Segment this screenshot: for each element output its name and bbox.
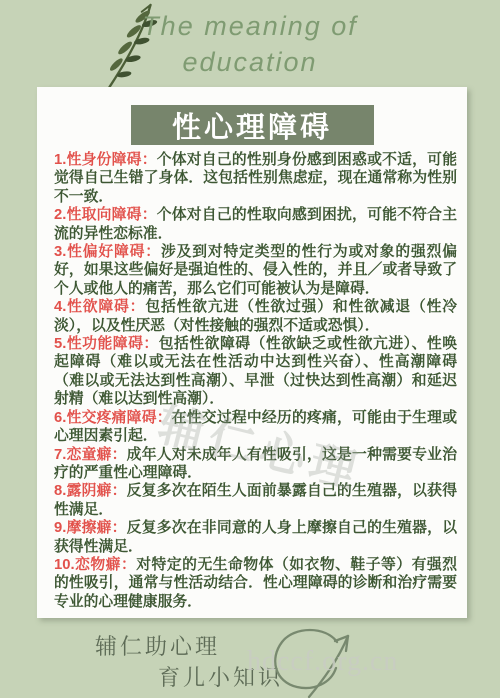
disorder-label: 9.摩擦癖：: [54, 520, 127, 536]
disorder-item: 7.恋童癖：成年人对未成年人有性吸引，这是一种需要专业治疗的严重性心理障碍．: [54, 446, 457, 483]
page-title-line2: education: [0, 44, 500, 80]
disorder-label: 10.恋物癖：: [54, 557, 136, 573]
disorder-list: 1.性身份障碍：个体对自己的性别身份感到困惑或不适，可能觉得自己生错了身体．这包…: [37, 151, 467, 611]
disorder-item: 5.性功能障碍：包括性欲障碍（性欲缺乏或性欲亢进）、性唤起障碍（难以或无法在性活…: [54, 335, 457, 409]
disorder-label: 5.性功能障碍：: [54, 336, 159, 352]
footer-brand-text: 辅仁助心理: [95, 630, 220, 661]
disorder-label: 3.性偏好障碍：: [54, 244, 161, 260]
site-watermark: hdccf.org.cn: [247, 646, 398, 678]
disorder-label: 1.性身份障碍：: [54, 152, 157, 168]
page-title-line1: The meaning of: [0, 8, 500, 44]
disorder-item: 8.露阴癖：反复多次在陌生人面前暴露自己的生殖器，以获得性满足．: [54, 482, 457, 519]
disorder-item: 2.性取向障碍：个体对自己的性取向感到困扰，可能不符合主流的异性恋标准．: [54, 206, 457, 243]
content-card: 性心理障碍 1.性身份障碍：个体对自己的性别身份感到困惑或不适，可能觉得自己生错…: [37, 87, 467, 618]
poster: The meaning of education 性心理障碍 1.性身份障碍：个…: [0, 0, 500, 698]
disorder-item: 3.性偏好障碍：涉及到对特定类型的性行为或对象的强烈偏好，如果这些偏好是强迫性的…: [54, 243, 457, 298]
disorder-label: 4.性欲障碍：: [54, 299, 145, 315]
disorder-item: 10.恋物癖：对特定的无生命物体（如衣物、鞋子等）有强烈的性吸引，通常与性活动结…: [54, 556, 457, 611]
disorder-item: 6.性交疼痛障碍：在性交过程中经历的疼痛，可能由于生理或心理因素引起．: [54, 409, 457, 446]
disorder-label: 6.性交疼痛障碍：: [54, 410, 172, 426]
disorder-label: 8.露阴癖：: [54, 483, 127, 499]
page-title: The meaning of education: [0, 8, 500, 80]
disorder-item: 1.性身份障碍：个体对自己的性别身份感到困惑或不适，可能觉得自己生错了身体．这包…: [54, 151, 457, 206]
disorder-item: 9.摩擦癖：反复多次在非同意的人身上摩擦自己的生殖器，以获得性满足．: [54, 519, 457, 556]
card-header: 性心理障碍: [131, 105, 374, 145]
disorder-label: 7.恋童癖：: [54, 447, 127, 463]
disorder-item: 4.性欲障碍：包括性欲亢进（性欲过强）和性欲减退（性冷淡），以及性厌恶（对性接触…: [54, 298, 457, 335]
disorder-label: 2.性取向障碍：: [54, 207, 157, 223]
